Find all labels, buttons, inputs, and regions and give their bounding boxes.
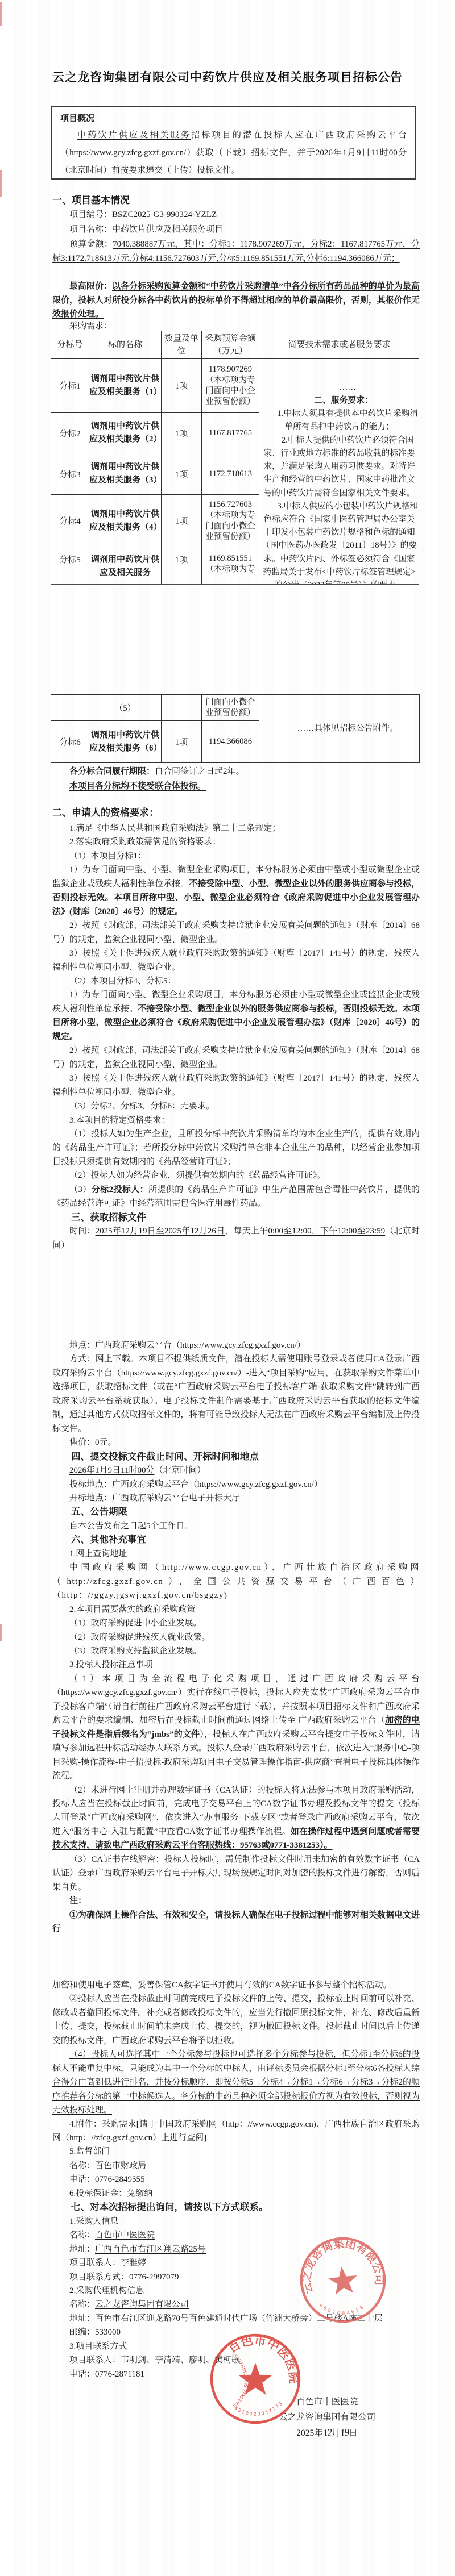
deadline-line: 2026年1月9日11时00分（北京时间）: [52, 1464, 420, 1477]
specific-qualification-2: （2）投标人如为经营企业，须提供有效期内的《药品经营许可证》。: [52, 1169, 420, 1182]
cell-lot-no: [51, 695, 89, 721]
contract-term-value: 自合同签订之日起2年。: [155, 767, 245, 776]
cell-qty: 1项: [162, 547, 202, 586]
cell-qty: 1项: [162, 413, 202, 453]
table-row-lot5-continued: （5） 门面向小微企业预留份额） ……具体见招标公告附件。: [51, 695, 420, 721]
procurement-demand-table-page2: （5） 门面向小微企业预留份额） ……具体见招标公告附件。 分标6 调剂用中药饮…: [51, 694, 420, 763]
scan-red-edge-mark: [0, 1624, 2, 1641]
cell-budget: 1178.907269（本标项为专门面向中小企业预留份额）: [202, 359, 259, 413]
section-4-heading: 四、提交投标文件截止时间、开标时间和地点: [52, 1450, 420, 1464]
agency-zip: 邮编：533000: [52, 2325, 420, 2339]
bid-bond-line: 6.投标保证金：免缴纳: [52, 2187, 420, 2200]
scan-red-edge-mark: [0, 170, 2, 197]
sq3-prefix: （3）: [69, 1185, 92, 1194]
cell-lot-no: 分标5: [51, 547, 89, 586]
overview-text-tail: （北京时间）前按要求递交（上传）投标文件。: [60, 166, 239, 175]
page-title: 云之龙咨询集团有限公司中药饮片供应及相关服务项目招标公告: [0, 68, 455, 85]
section-3-4-5-6-body: 地点：广西政府采购云平台（https://www.gcy.zfcg.gxzf.g…: [52, 1339, 420, 1936]
cell-qty: 1项: [162, 721, 202, 763]
purchaser-name-line: 名称：百色市中医医院: [52, 2228, 420, 2242]
note-label: 注：: [52, 1894, 420, 1908]
note-circle-2: ②投标人应当在投标截止时间前完成电子投标文件的上传、提交，投标截止时间前可以补充…: [52, 1992, 420, 2048]
cell-subject-name: 调剂用中药饮片供应及相关服务（6）: [89, 721, 162, 763]
bid-deadline: 2026年1月9日11时00分: [69, 1466, 154, 1475]
col-budget: 采购预算金额（万元）: [202, 331, 259, 359]
announcement-period-line: 自本公告发布之日起5个工作日。: [52, 1519, 420, 1533]
price-cap-label: 最高限价：: [69, 282, 112, 291]
project-overview-box: 项目概况 中药饮片供应及相关服务招标项目的潜在投标人应在广西政府采购云平台（ht…: [51, 106, 416, 180]
open-place-line: 开标地点：广西政府采购云平台电子开标大厅: [52, 1491, 420, 1505]
procurement-demand-table-page1: 分标号 标的名称 数量及单位 采购预算金额（万元） 简要技术需求或者服务要求 分…: [51, 331, 419, 585]
overview-heading: 项目概况: [60, 112, 407, 124]
section-6-7-body: 加密和使用电子签章，妥善保管CA数字证书并使用有效的CA数字证书参与整个招标活动…: [52, 1978, 420, 2381]
purchaser-tel: 项目联系方式：0776-2997079: [52, 2270, 420, 2284]
lot45-policy-label: （2）本项目分标4、分标5：: [52, 974, 420, 988]
policy-sme: （1）政府采购促进中小企业发展。: [52, 1616, 420, 1630]
bidder-note-2: （2）未进行网上注册并办理数字证书（CA认证）的投标人将无法参与本项目政府采购活…: [52, 1783, 420, 1853]
policy-prison: （3）政府采购支持监狱企业发展。: [52, 1644, 420, 1658]
price-cap-paragraph: 最高限价：以各分标采购预算金额和“中药饮片采购清单”中各分标所有药品品种的单价为…: [52, 280, 420, 322]
bidder-note-3: （3）CA证书在线解密：投标人投标时，需凭制作投标文件时用来加密的有效数字证书（…: [52, 1853, 420, 1894]
price-line: 售价：0元。: [52, 1436, 420, 1449]
project-contact-heading: 3.项目联系方式: [52, 2340, 420, 2353]
purchaser-address: 广西百色市右江区翔云路25号: [95, 2245, 206, 2254]
bid-place-line: 投标地点：广西政府采购云平台（https://www.gcy.zfcg.gxzf…: [52, 1478, 420, 1491]
online-query-heading: 1.网上查询地址: [52, 1547, 420, 1561]
price-value: 0元: [95, 1438, 108, 1447]
agency-address: 地址：百色市右江区迎龙路70号百色建通时代广场（竹洲大桥旁）二号楼A座二十层: [52, 2312, 420, 2325]
specific-qualification-1: （1）投标人如为生产企业，且所投分标中药饮片采购清单均为本企业生产的，提供有效期…: [52, 1127, 420, 1169]
cell-qty: 1项: [162, 495, 202, 547]
signature-agency: 云之龙咨询集团有限公司: [245, 2410, 409, 2425]
signature-date: 2025年12月19日: [245, 2425, 409, 2441]
purchaser-info-heading: 1.采购人信息: [52, 2215, 420, 2228]
cell-budget: 1169.851551（本标项为专: [202, 547, 259, 586]
col-subject-name: 标的名称: [89, 331, 162, 359]
name-label: 名称：: [69, 2300, 95, 2309]
tech-see-attachment: ……具体见招标公告附件。: [259, 722, 419, 735]
note-circle-1: ①为确保网上操作合法、有效和安全，请投标人确保在电子投标过程中能够对相关数据电文…: [52, 1908, 420, 1936]
date-day-char: 日: [349, 2428, 358, 2438]
addr-label: 地址：: [69, 2245, 95, 2254]
signature-block: 百色市中医医院 云之龙咨询集团有限公司 2025年12月19日: [245, 2394, 409, 2441]
lot1-policy-2: 2）按照《财政部、司法部关于政府采购支持监狱企业发展有关问题的通知》（财库〔20…: [52, 919, 420, 947]
table-row-lot1: 分标1 调剂用中药饮片供应及相关服务（1） 1项 1178.907269（本标项…: [51, 359, 420, 413]
cell-lot-no: 分标6: [51, 721, 89, 763]
handwritten-month: 12: [322, 2424, 332, 2441]
lot1-policy-1: 1）为专门面向中型、小型、微型企业采购项目，本分标服务必须由中型或小型或微型企业…: [52, 863, 420, 919]
bidder-note-4: （4）投标人可选择其中一个分标参与投标也可选择多个分标参与投标，但分标1至分标6…: [52, 2048, 420, 2117]
lot236-policy: （3）分标2、分标3、分标6：无要求。: [52, 1099, 420, 1113]
cell-qty: 1项: [162, 453, 202, 495]
cell-qty: [162, 695, 202, 721]
purchaser-contact: 项目联系人：李雅婷: [52, 2256, 420, 2270]
obtain-method-paragraph: 方式：网上下载。本项目不提供纸质文件，潜在投标人需使用账号登录或者使用CA登录广…: [52, 1352, 420, 1436]
lot45-policy-1: 1）为专门面向小型、微型企业采购项目，本分标服务必须由小型或微型企业或监狱企业或…: [52, 988, 420, 1044]
col-qty-unit: 数量及单位: [162, 331, 202, 359]
policy-heading: 2.本项目需要落实的政府采购政策: [52, 1603, 420, 1616]
sq3-bold-label: 分标2投标人：: [92, 1185, 148, 1194]
lot45-policy-2: 2）按照《财政部、司法部关于政府采购支持监狱企业发展有关问题的通知》（财库〔20…: [52, 1044, 420, 1072]
section-2-heading: 二、申请人的资格要求：: [52, 805, 159, 819]
cell-subject-name: 调剂用中药饮片供应及相关服务: [89, 547, 162, 586]
agency-name-line: 名称：云之龙咨询集团有限公司: [52, 2298, 420, 2311]
section-7-heading: 七、对本次招标提出询问，请按以下方式联系。: [52, 2200, 420, 2214]
project-name-underlined: 中药饮片供应及相关服务: [77, 131, 191, 140]
bidder-note-1: （1）本项目为全流程电子化采购项目，通过广西政府采购云平台（https://ww…: [52, 1672, 420, 1783]
cell-budget: 1167.817765: [202, 413, 259, 453]
lot1-policy-label: （1）本项目分标1：: [52, 849, 420, 863]
cell-budget: 1194.366086: [202, 721, 259, 763]
cell-subject-name: 调剂用中药饮片供应及相关服务（4）: [89, 495, 162, 547]
qualification-item-1: 1.满足《中华人民共和国政府采购法》第二十二条规定；: [52, 822, 420, 835]
attachment-line: 4.附件：采购需求[请于中国政府采购网（http：//www.ccgp.gov.…: [52, 2118, 420, 2145]
budget-label: 预算金额：: [69, 240, 113, 249]
project-contacts: 项目联系人：韦明剑、李清靖、廖明、黄柯歌: [52, 2353, 420, 2367]
cell-budget: 门面向小微企业预留份额）: [202, 695, 259, 721]
no-consortium-line: 本项目各分标均不接受联合体投标。: [52, 780, 420, 793]
agency-info-heading: 2.采购代理机构信息: [52, 2284, 420, 2298]
policy-disabled: （2）政府采购促进残疾人就业政策。: [52, 1631, 420, 1644]
note-circle-1-continued: 加密和使用电子签章，妥善保管CA数字证书并使用有效的CA数字证书参与整个招标活动…: [52, 1978, 420, 1992]
contract-term-label: 各分标合同履行期限：: [69, 767, 155, 776]
demand-table-continued: （5） 门面向小微企业预留份额） ……具体见招标公告附件。 分标6 调剂用中药饮…: [51, 694, 420, 763]
cell-qty: 1项: [162, 359, 202, 413]
project-number-line: 项目编号：BSZC2025-G3-990324-YZLZ: [52, 208, 420, 222]
announcement-document: 云之龙咨询集团有限公司中药饮片供应及相关服务项目招标公告 项目概况 中药饮片供应…: [0, 0, 455, 2576]
obtain-hours: 0:00至12:00，下午12:00至23:59: [268, 1227, 385, 1236]
note4-underlined: （4）投标人可选择其中一个分标参与投标也可选择多个分标参与投标，但分标1至分标6…: [52, 2050, 420, 2115]
specific-qualification-3: （3）分标2投标人：所提供的《药品生产许可证》中生产范围需包含毒性中药饮片，提供…: [52, 1183, 420, 1211]
price-tail: 。: [108, 1438, 117, 1447]
bid-deadline-tz: （北京时间）: [154, 1466, 205, 1475]
cell-subject-name: 调剂用中药饮片供应及相关服务（1）: [89, 359, 162, 413]
purchaser-addr-line: 地址：广西百色市右江区翔云路25号: [52, 2242, 420, 2256]
specific-qualification-heading: 3.本项目的特定资格要求：: [52, 1114, 420, 1127]
obtain-place-line: 地点：广西政府采购云平台（https://www.gcy.zfcg.gxzf.g…: [52, 1339, 420, 1352]
obtain-time-line: 时间：2025年12月19日至2025年12月26日，每天上午0:00至12:0…: [52, 1224, 420, 1252]
date-month-char: 月: [332, 2428, 341, 2438]
lot45-policy-3: 3）按照《关于促进残疾人就业政府采购政策的通知》（财库〔2017〕141号）的规…: [52, 1072, 420, 1099]
cell-subject-name: 调剂用中药饮片供应及相关服务（3）: [89, 453, 162, 495]
cell-lot-no: 分标3: [51, 453, 89, 495]
name-label: 名称：: [69, 2231, 95, 2240]
submission-deadline: 2026年1月9日11时00分: [316, 148, 407, 157]
agency-name: 云之龙咨询集团有限公司: [95, 2300, 189, 2309]
col-tech-requirements: 简要技术需求或者服务要求: [259, 331, 420, 359]
cell-lot-no: 分标4: [51, 495, 89, 547]
cell-tech-requirements: …… 二、服务要求： 1.中标人须具有提供本中药饮片采购清单所有品种中药饮片的能…: [259, 359, 420, 586]
handwritten-day: 19: [340, 2424, 350, 2441]
supervision-name: 名称：百色市财政局: [52, 2159, 420, 2173]
signature-purchaser: 百色市中医医院: [245, 2394, 409, 2410]
service-requirements-heading: 二、服务要求：: [259, 394, 419, 407]
service-requirement-1: 1.中标人须具有提供本中药饮片采购清单所有品种中药饮片的能力；: [259, 407, 419, 433]
no-consortium-text: 本项目各分标均不接受联合体投标。: [69, 782, 206, 791]
section-1-heading: 一、项目基本情况: [52, 192, 130, 206]
cell-lot-no: 分标1: [51, 359, 89, 413]
section-2-body: 1.满足《中华人民共和国政府采购法》第二十二条规定； 2.落实政府采购政策需满足…: [52, 822, 420, 1252]
supervision-tel: 电话：0776-2849555: [52, 2173, 420, 2186]
service-requirement-3: 3.中标人供应的小包装中药饮片规格和色标应符合《国家中医药管理局办公室关于印发小…: [259, 500, 419, 585]
service-requirement-2: 2.中标人提供的中药饮片必须符合国家、行业或地方标准的药品收载的标准要求，并满足…: [259, 434, 419, 500]
cell-subject-name: 调剂用中药饮片供应及相关服务（2）: [89, 413, 162, 453]
demand-table: 分标号 标的名称 数量及单位 采购预算金额（万元） 简要技术需求或者服务要求 分…: [51, 331, 419, 585]
note1-text-a: （1）本项目为全流程电子化采购项目，通过广西政府采购云平台（https://ww…: [52, 1674, 420, 1725]
price-label: 售价：: [69, 1438, 95, 1447]
bidder-notes-heading: 3.投标人投标注意事项: [52, 1658, 420, 1672]
section-3-heading: 三、获取招标文件: [52, 1211, 420, 1224]
online-query-sites: 中国政府采购网（http://www.ccgp.gov.cn）、广西壮族自治区政…: [52, 1561, 420, 1602]
scan-red-edge-mark: [0, 2, 2, 26]
project-name-line: 项目名称：中药饮片供应及相关服务项目: [52, 223, 420, 236]
project-contact-tel: 电话：0776-2871181: [52, 2367, 420, 2381]
obtain-date-range: 2025年12月19日至2025年12月26日: [96, 1227, 225, 1236]
cell-subject-name: （5）: [89, 695, 162, 721]
qualification-item-2: 2.落实政府采购政策需满足的资格要求：: [52, 835, 420, 849]
cell-lot-no: 分标2: [51, 413, 89, 453]
budget-paragraph: 预算金额：7040.388887万元，其中：分标1：1178.907269万元，…: [52, 237, 420, 265]
date-year: 2025年: [296, 2428, 323, 2438]
purchaser-name: 百色市中医医院: [95, 2231, 155, 2240]
cell-budget: 1172.718613: [202, 453, 259, 495]
lot1-policy-3: 3）按照《关于促进残疾人就业政府采购政策的通知》（财库〔2017〕141号）的规…: [52, 947, 420, 974]
col-lot-no: 分标号: [51, 331, 89, 359]
supervision-heading: 5.监督部门: [52, 2145, 420, 2158]
time-mid: ，每天上午: [225, 1227, 268, 1236]
contract-term-line: 各分标合同履行期限：自合同签订之日起2年。: [52, 765, 420, 778]
tech-ellipsis: ……: [259, 381, 419, 394]
section-5-heading: 五、公告期限: [52, 1505, 420, 1519]
time-label: 时间：: [69, 1227, 96, 1236]
overview-paragraph: 中药饮片供应及相关服务招标项目的潜在投标人应在广西政府采购云平台（https:/…: [60, 127, 407, 180]
table-header-row: 分标号 标的名称 数量及单位 采购预算金额（万元） 简要技术需求或者服务要求: [51, 331, 420, 359]
section-6-heading: 六、其他补充事宜: [52, 1533, 420, 1547]
cell-budget: 1156.727603（本标项为专门面向小微企业预留份额）: [202, 495, 259, 547]
cell-tech-requirements: ……具体见招标公告附件。: [259, 695, 420, 763]
